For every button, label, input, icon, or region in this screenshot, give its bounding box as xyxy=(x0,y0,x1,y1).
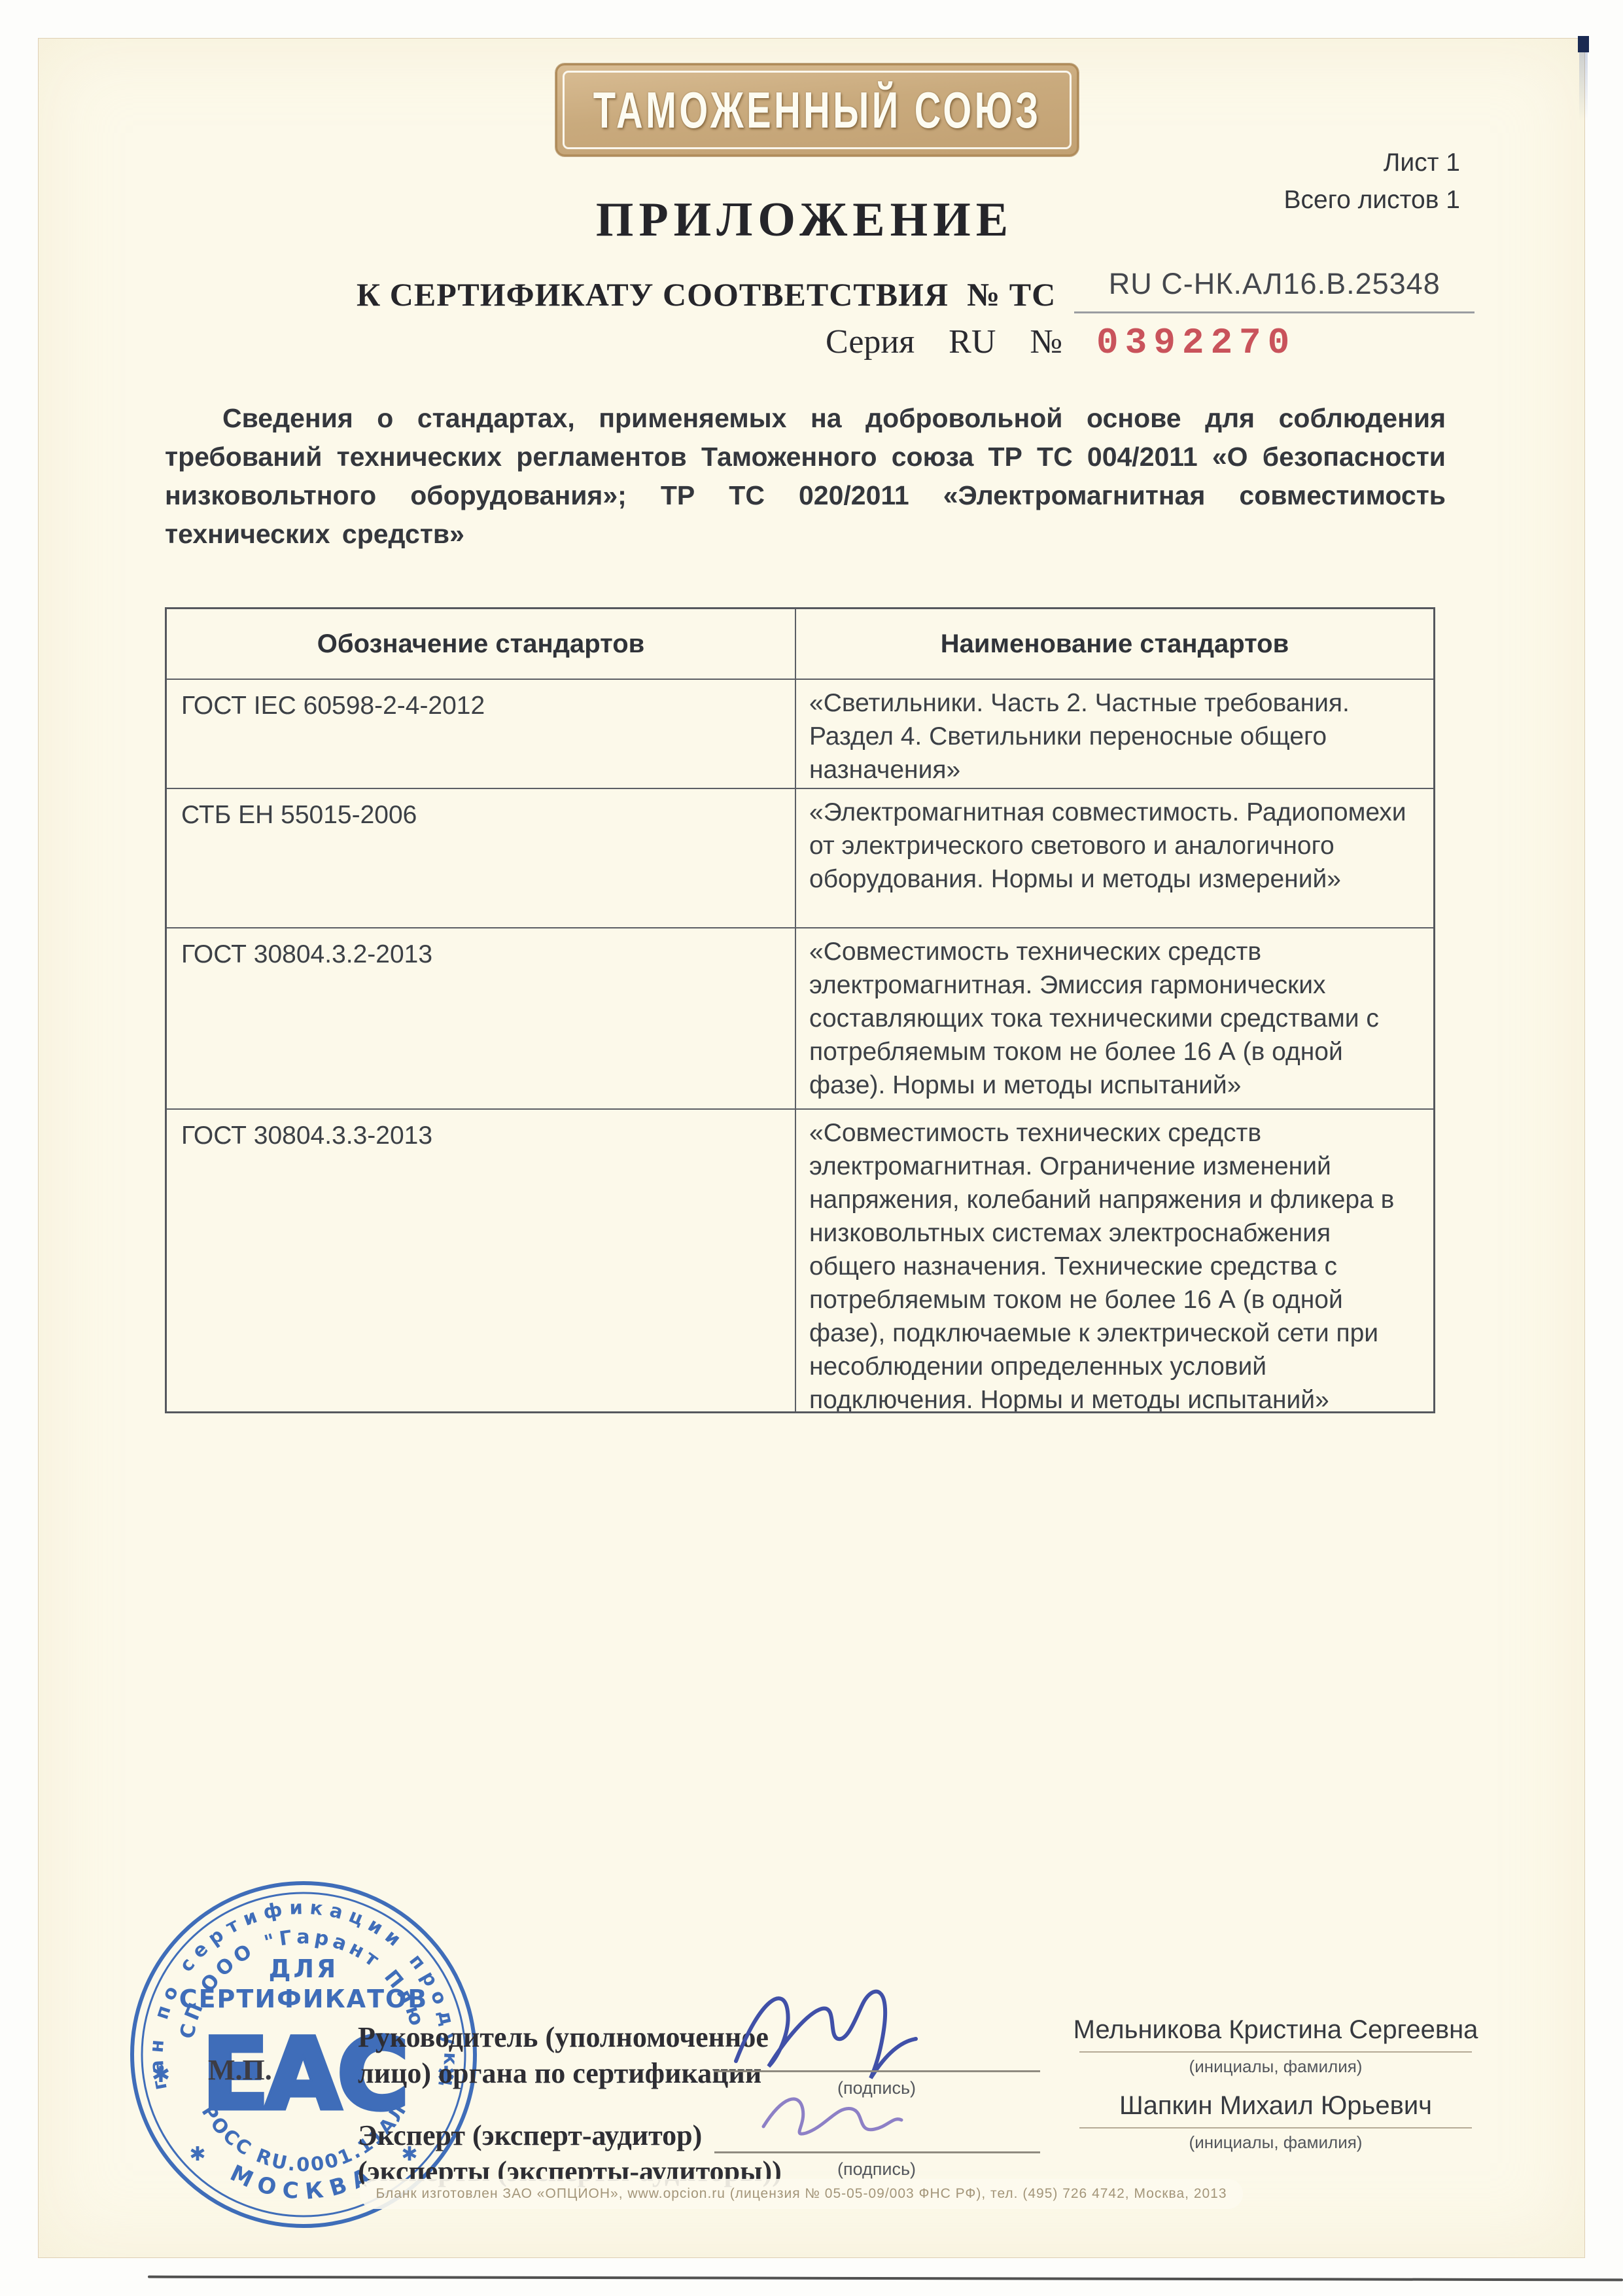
table-cell-name: «Электромагнитная совместимость. Радиопо… xyxy=(795,788,1433,927)
blank-manufacturer-fine-print: Бланк изготовлен ЗАО «ОПЦИОН», www.opcio… xyxy=(360,2179,1243,2209)
stamp-center-line2: СЕРТИФИКАТОВ xyxy=(179,1985,428,2013)
table-cell-name: «Совместимость технических средств элект… xyxy=(795,1108,1433,1411)
certificate-label: К СЕРТИФИКАТУ СООТВЕТСТВИЯ xyxy=(357,275,949,313)
expert-signature-line xyxy=(714,2151,1040,2153)
intro-paragraph: Сведения о стандартах, применяемых на до… xyxy=(165,399,1446,554)
customs-union-banner: ТАМОЖЕННЫЙ СОЮЗ xyxy=(555,63,1079,156)
expert-signature-image xyxy=(754,2079,937,2153)
series-row: Серия RU № 0392270 xyxy=(826,322,1296,364)
table-cell-name: «Совместимость технических средств элект… xyxy=(795,927,1433,1108)
certificate-appendix-page: ТАМОЖЕННЫЙ СОЮЗ Лист 1 Всего листов 1 ПР… xyxy=(0,0,1623,2296)
head-signature-label-line1: Руководитель (уполномоченное xyxy=(358,2021,769,2054)
sheet-counter: Лист 1 Всего листов 1 xyxy=(1236,144,1460,219)
expert-name-caption: (инициалы, фамилия) xyxy=(1070,2132,1481,2153)
head-signature-line xyxy=(714,2070,1040,2072)
expert-name-line xyxy=(1079,2127,1472,2128)
scan-artifact-square xyxy=(1578,36,1589,52)
expert-name: Шапкин Михаил Юрьевич xyxy=(1070,2091,1481,2121)
mp-seal-mark: М.П. xyxy=(208,2053,272,2087)
certificate-number-underline: RU С-НК.АЛ16.В.25348 xyxy=(1074,267,1475,313)
number-sign: № xyxy=(1030,323,1062,361)
stamp-center-line1: ДЛЯ xyxy=(269,1954,339,1983)
expert-name-block: Шапкин Михаил Юрьевич (инициалы, фамилия… xyxy=(1070,2091,1481,2153)
customs-union-banner-text: ТАМОЖЕННЫЙ СОЮЗ xyxy=(593,80,1041,139)
star-icon: ✱ xyxy=(189,2143,205,2166)
serial-number: 0392270 xyxy=(1096,322,1296,364)
expert-signature-label-line1: Эксперт (эксперт-аудитор) xyxy=(358,2119,702,2152)
table-cell-designation: СТБ ЕН 55015-2006 xyxy=(167,788,795,927)
head-signature-image xyxy=(723,1976,939,2079)
star-icon: ✱ xyxy=(152,2062,171,2088)
scan-artifact-smear xyxy=(1579,52,1588,121)
head-name-block: Мельникова Кристина Сергеевна (инициалы,… xyxy=(1070,2015,1481,2077)
table-cell-designation: ГОСТ 30804.3.2-2013 xyxy=(167,927,795,1108)
head-name-caption: (инициалы, фамилия) xyxy=(1070,2057,1481,2077)
sheet-total: Всего листов 1 xyxy=(1236,181,1460,219)
table-cell-designation: ГОСТ 30804.3.3-2013 xyxy=(167,1108,795,1411)
series-label: Серия xyxy=(826,323,915,361)
series-value: RU xyxy=(949,323,996,361)
certificate-number-prefix: № ТС xyxy=(967,275,1056,313)
scanner-edge-line xyxy=(148,2276,1623,2282)
table-header-designation: Обозначение стандартов xyxy=(167,609,795,679)
table-header-name: Наименование стандартов xyxy=(795,609,1433,679)
head-name-line xyxy=(1079,2051,1472,2053)
standards-table: Обозначение стандартов Наименование стан… xyxy=(165,607,1435,1413)
sheet-number: Лист 1 xyxy=(1236,144,1460,181)
table-cell-name: «Светильники. Часть 2. Частные требовани… xyxy=(795,679,1433,788)
certificate-number-row: К СЕРТИФИКАТУ СООТВЕТСТВИЯ № ТС RU С-НК.… xyxy=(357,267,1475,313)
page-title: ПРИЛОЖЕНИЕ xyxy=(419,192,1191,248)
table-cell-designation: ГОСТ IEC 60598-2-4-2012 xyxy=(167,679,795,788)
head-name: Мельникова Кристина Сергеевна xyxy=(1070,2015,1481,2045)
head-signature-label-line2: лицо) органа по сертификации xyxy=(358,2057,761,2090)
certificate-number: RU С-НК.АЛ16.В.25348 xyxy=(1109,267,1440,300)
expert-signature-caption: (подпись) xyxy=(762,2159,991,2180)
